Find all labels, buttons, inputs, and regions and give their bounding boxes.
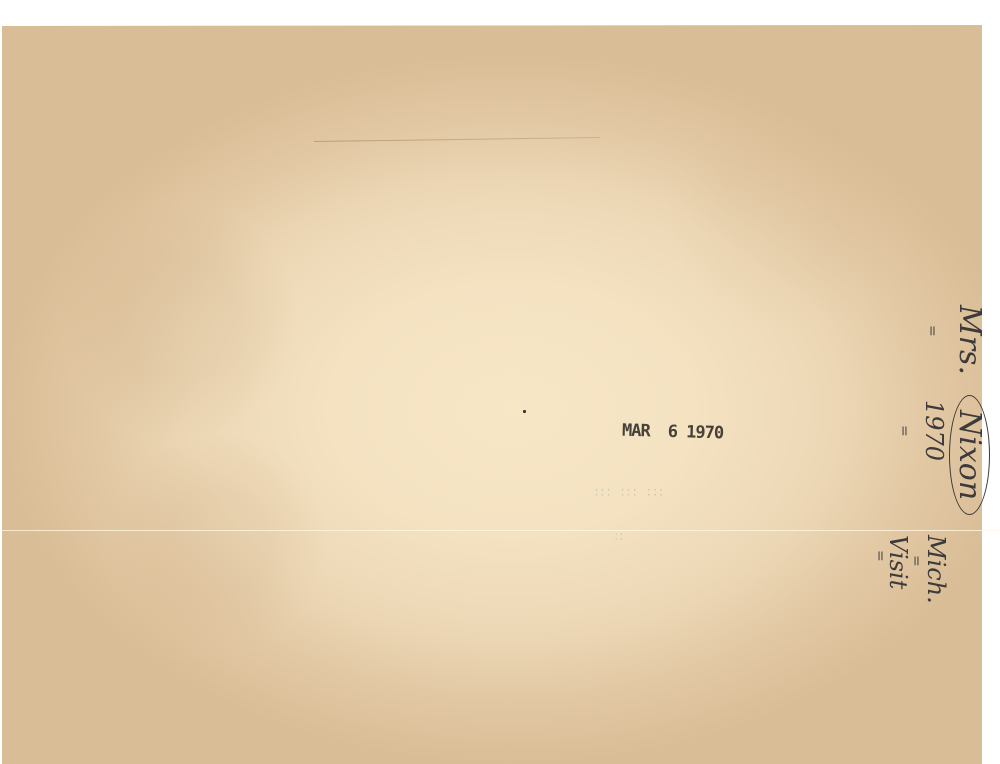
underline-mark: = [924, 325, 940, 337]
paper-crease [0, 530, 1000, 531]
handwritten-year: 1970 [920, 400, 948, 461]
photo-back-paper [2, 25, 982, 764]
stamp-day-year: 6 1970 [667, 422, 723, 443]
handwritten-event: Visit [884, 535, 912, 589]
underline-mark: = [872, 550, 888, 562]
scan-background: MAR6 1970 ∷∶ ∷∶ ∶∷ ∷ Mrs.Nixon = 1970 = … [0, 0, 1000, 764]
handwritten-note: Mrs.Nixon = 1970 = Mich. = Visit = [870, 305, 990, 635]
ink-speck [523, 410, 526, 413]
underline-mark: = [896, 425, 912, 437]
stamp-month: MAR [622, 421, 650, 442]
faint-pencil-marks: ∷∶ ∷∶ ∶∷ [595, 485, 666, 501]
date-stamp: MAR6 1970 [622, 421, 724, 444]
handwritten-details: = 1970 = Mich. = Visit = [870, 305, 990, 635]
handwritten-place: Mich. [922, 535, 950, 604]
faint-pencil-marks-2: ∷ [615, 530, 623, 544]
